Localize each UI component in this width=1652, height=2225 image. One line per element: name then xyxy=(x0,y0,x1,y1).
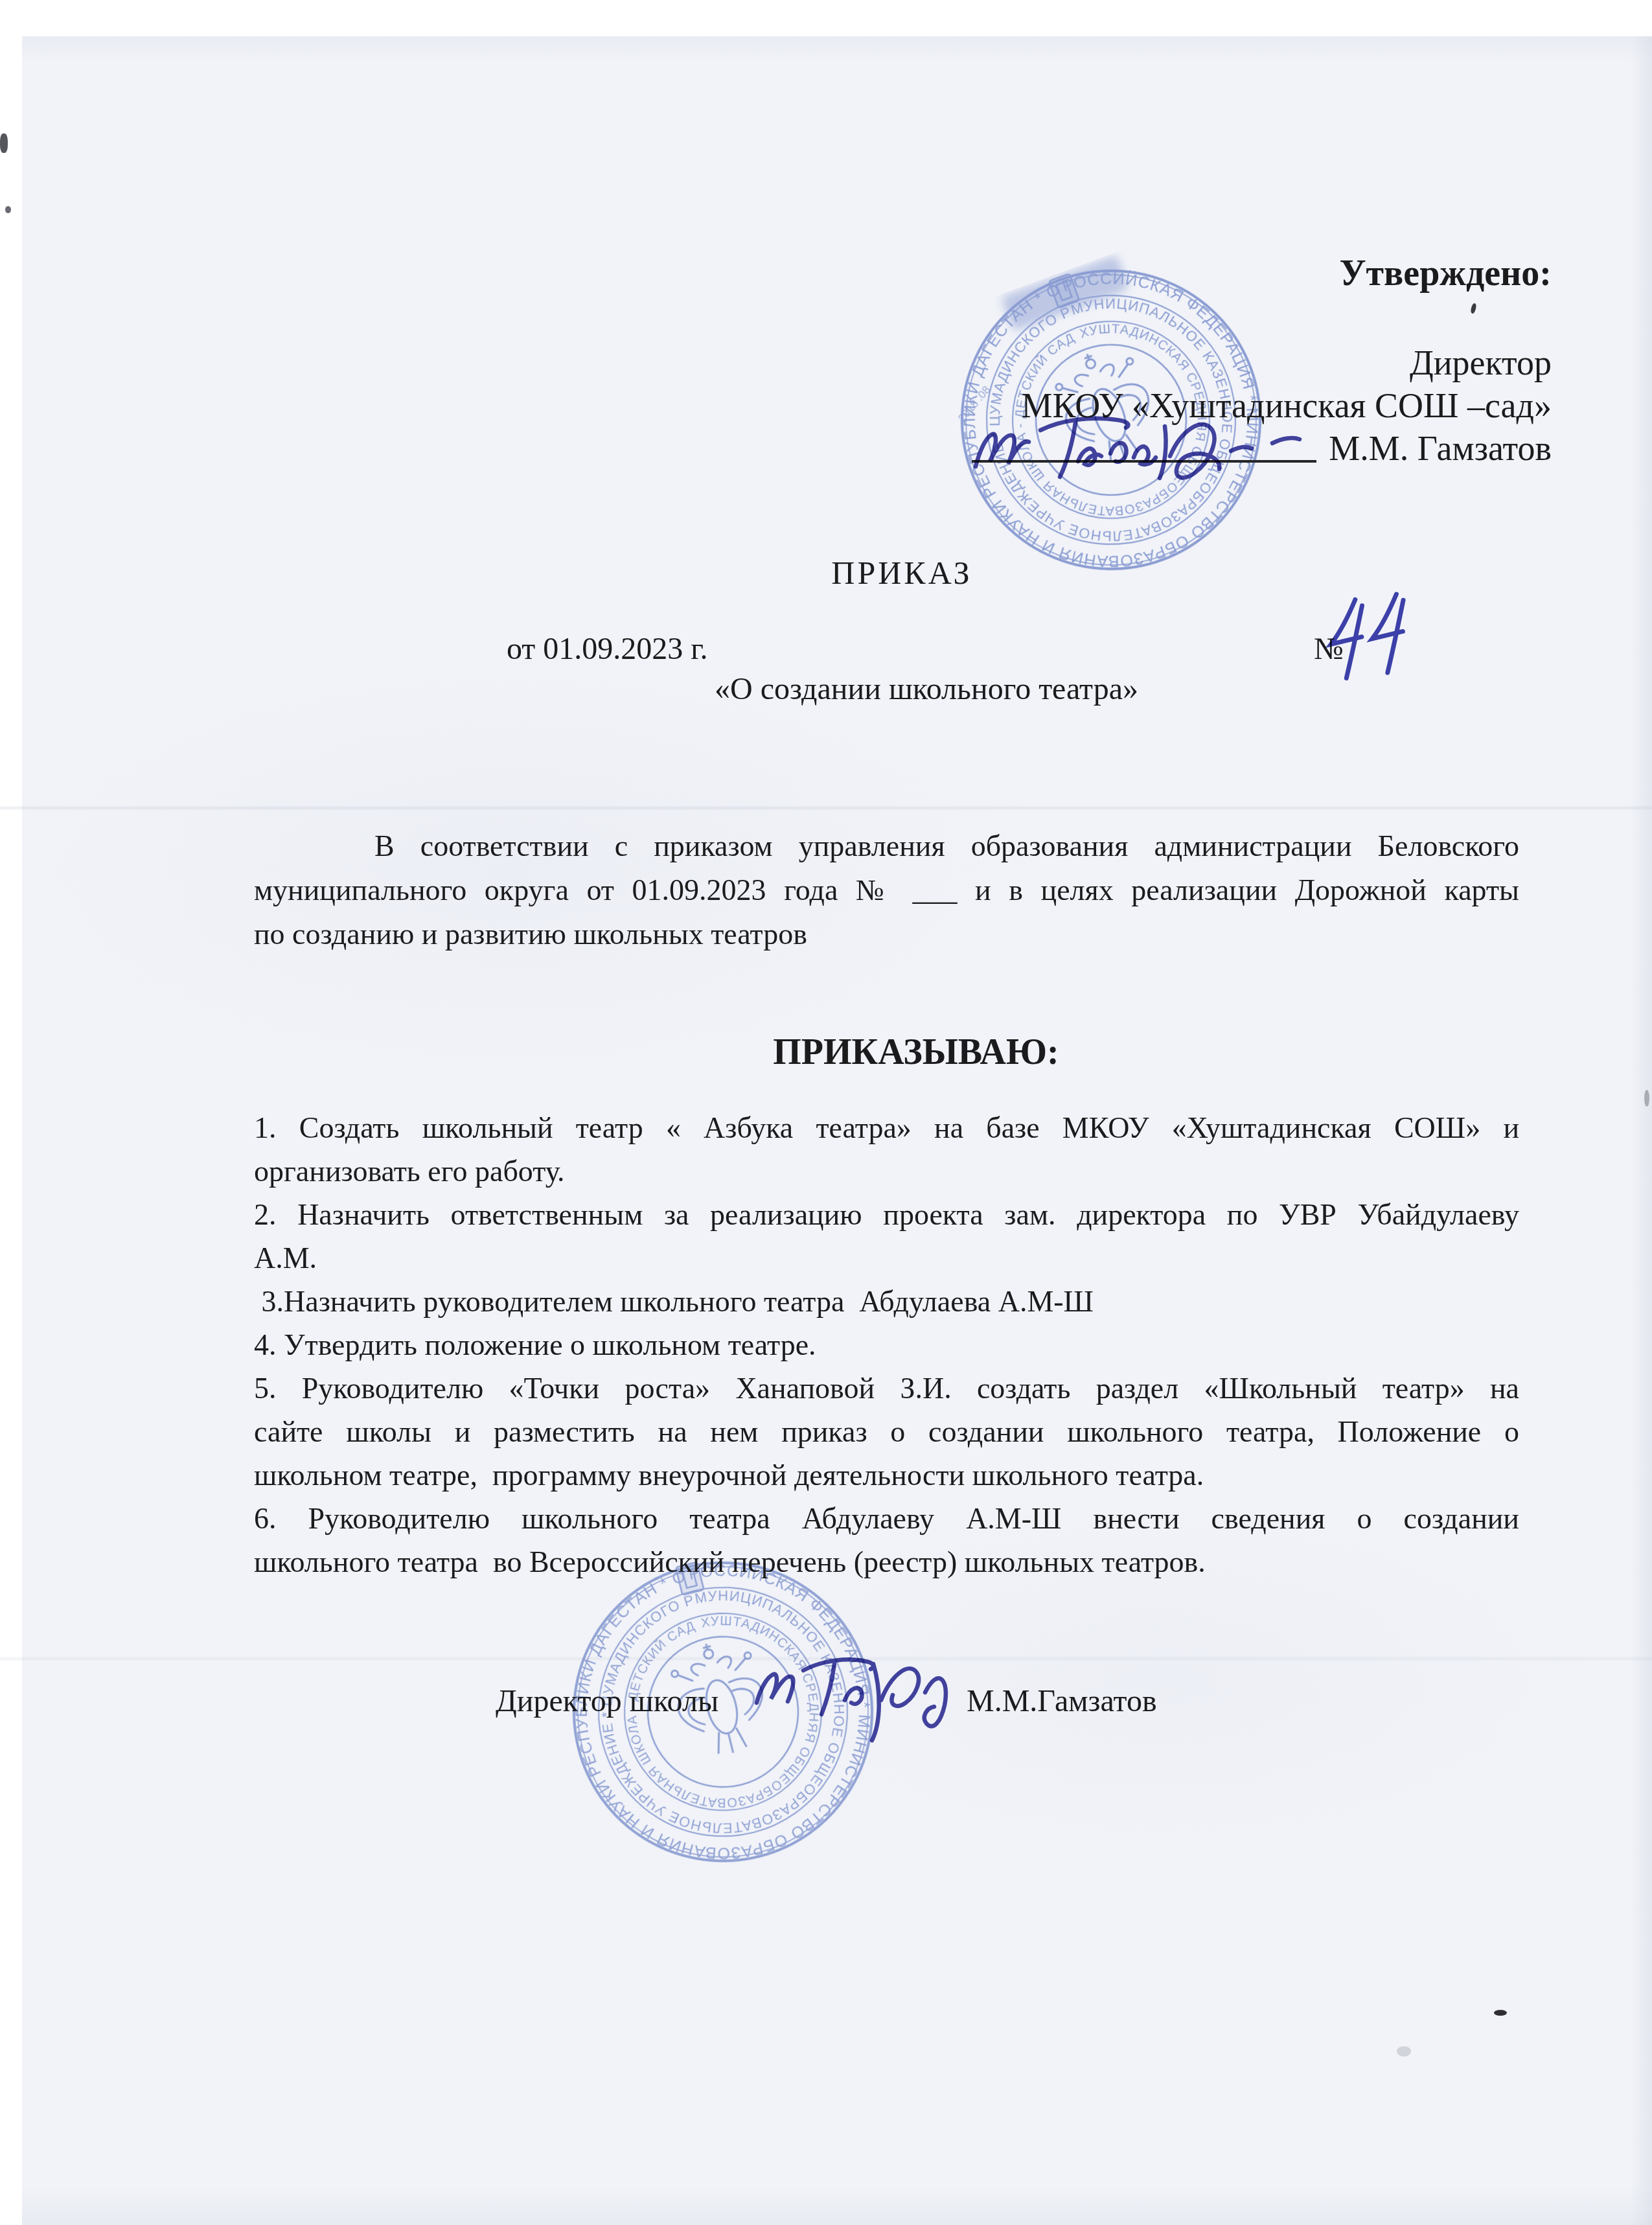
resolution-line: 4. Утвердить положение о школьном театре… xyxy=(254,1323,1519,1366)
order-date: от 01.09.2023 г. xyxy=(507,631,708,667)
resolution-line: 3.Назначить руководителем школьного теат… xyxy=(254,1280,1519,1323)
resolution-line: А.М. xyxy=(254,1236,1519,1280)
resolution-list: 1. Создать школьный театр « Азбука театр… xyxy=(254,1106,1519,1584)
scan-speck xyxy=(1494,2010,1507,2016)
resolution-line: школьном театре, программу внеурочной де… xyxy=(254,1453,1519,1497)
scanned-order-document: РОССИЙСКАЯ ФЕДЕРАЦИЯ * МИНИСТЕРСТВО ОБРА… xyxy=(0,0,1652,2225)
resolution-line: 5. Руководителю «Точки роста» Ханаповой … xyxy=(254,1366,1519,1410)
order-title: ПРИКАЗ xyxy=(152,554,1652,592)
preamble-line: муниципального округа от 01.09.2023 года… xyxy=(254,868,1519,912)
resolution-line: 2. Назначить ответственным за реализацию… xyxy=(254,1193,1519,1236)
resolution-line: 6. Руководителю школьного театра Абдулае… xyxy=(254,1497,1519,1540)
preamble-line: В соответствии с приказом управления обр… xyxy=(254,824,1519,868)
order-subject: «О создании школьного театра» xyxy=(201,671,1652,707)
scan-speck xyxy=(1644,1090,1649,1107)
resolution-line: сайте школы и разместить на нем приказ о… xyxy=(254,1410,1519,1453)
scan-speck xyxy=(5,206,11,213)
signer-role: Директор школы xyxy=(496,1683,718,1719)
scan-speck xyxy=(1397,2046,1411,2057)
resolution-line: 1. Создать школьный театр « Азбука театр… xyxy=(254,1106,1519,1149)
paper-crease xyxy=(0,805,1652,811)
approver-name: М.М. Гамзатов xyxy=(1329,426,1552,470)
preamble-line: по созданию и развитию школьных театров xyxy=(254,912,1519,956)
resolution-heading: ПРИКАЗЫВАЮ: xyxy=(180,1032,1652,1073)
resolution-line: школьного театра во Всероссийский перече… xyxy=(254,1540,1519,1584)
director-signature-scribble-top xyxy=(964,389,1340,499)
signer-name: М.М.Гамзатов xyxy=(967,1683,1157,1719)
preamble: В соответствии с приказом управления обр… xyxy=(254,824,1519,956)
resolution-line: организовать его работу. xyxy=(254,1149,1519,1193)
scan-speck xyxy=(0,133,8,153)
approver-role: Директор xyxy=(1410,341,1552,385)
approved-label: Утверждено: xyxy=(1339,251,1552,295)
